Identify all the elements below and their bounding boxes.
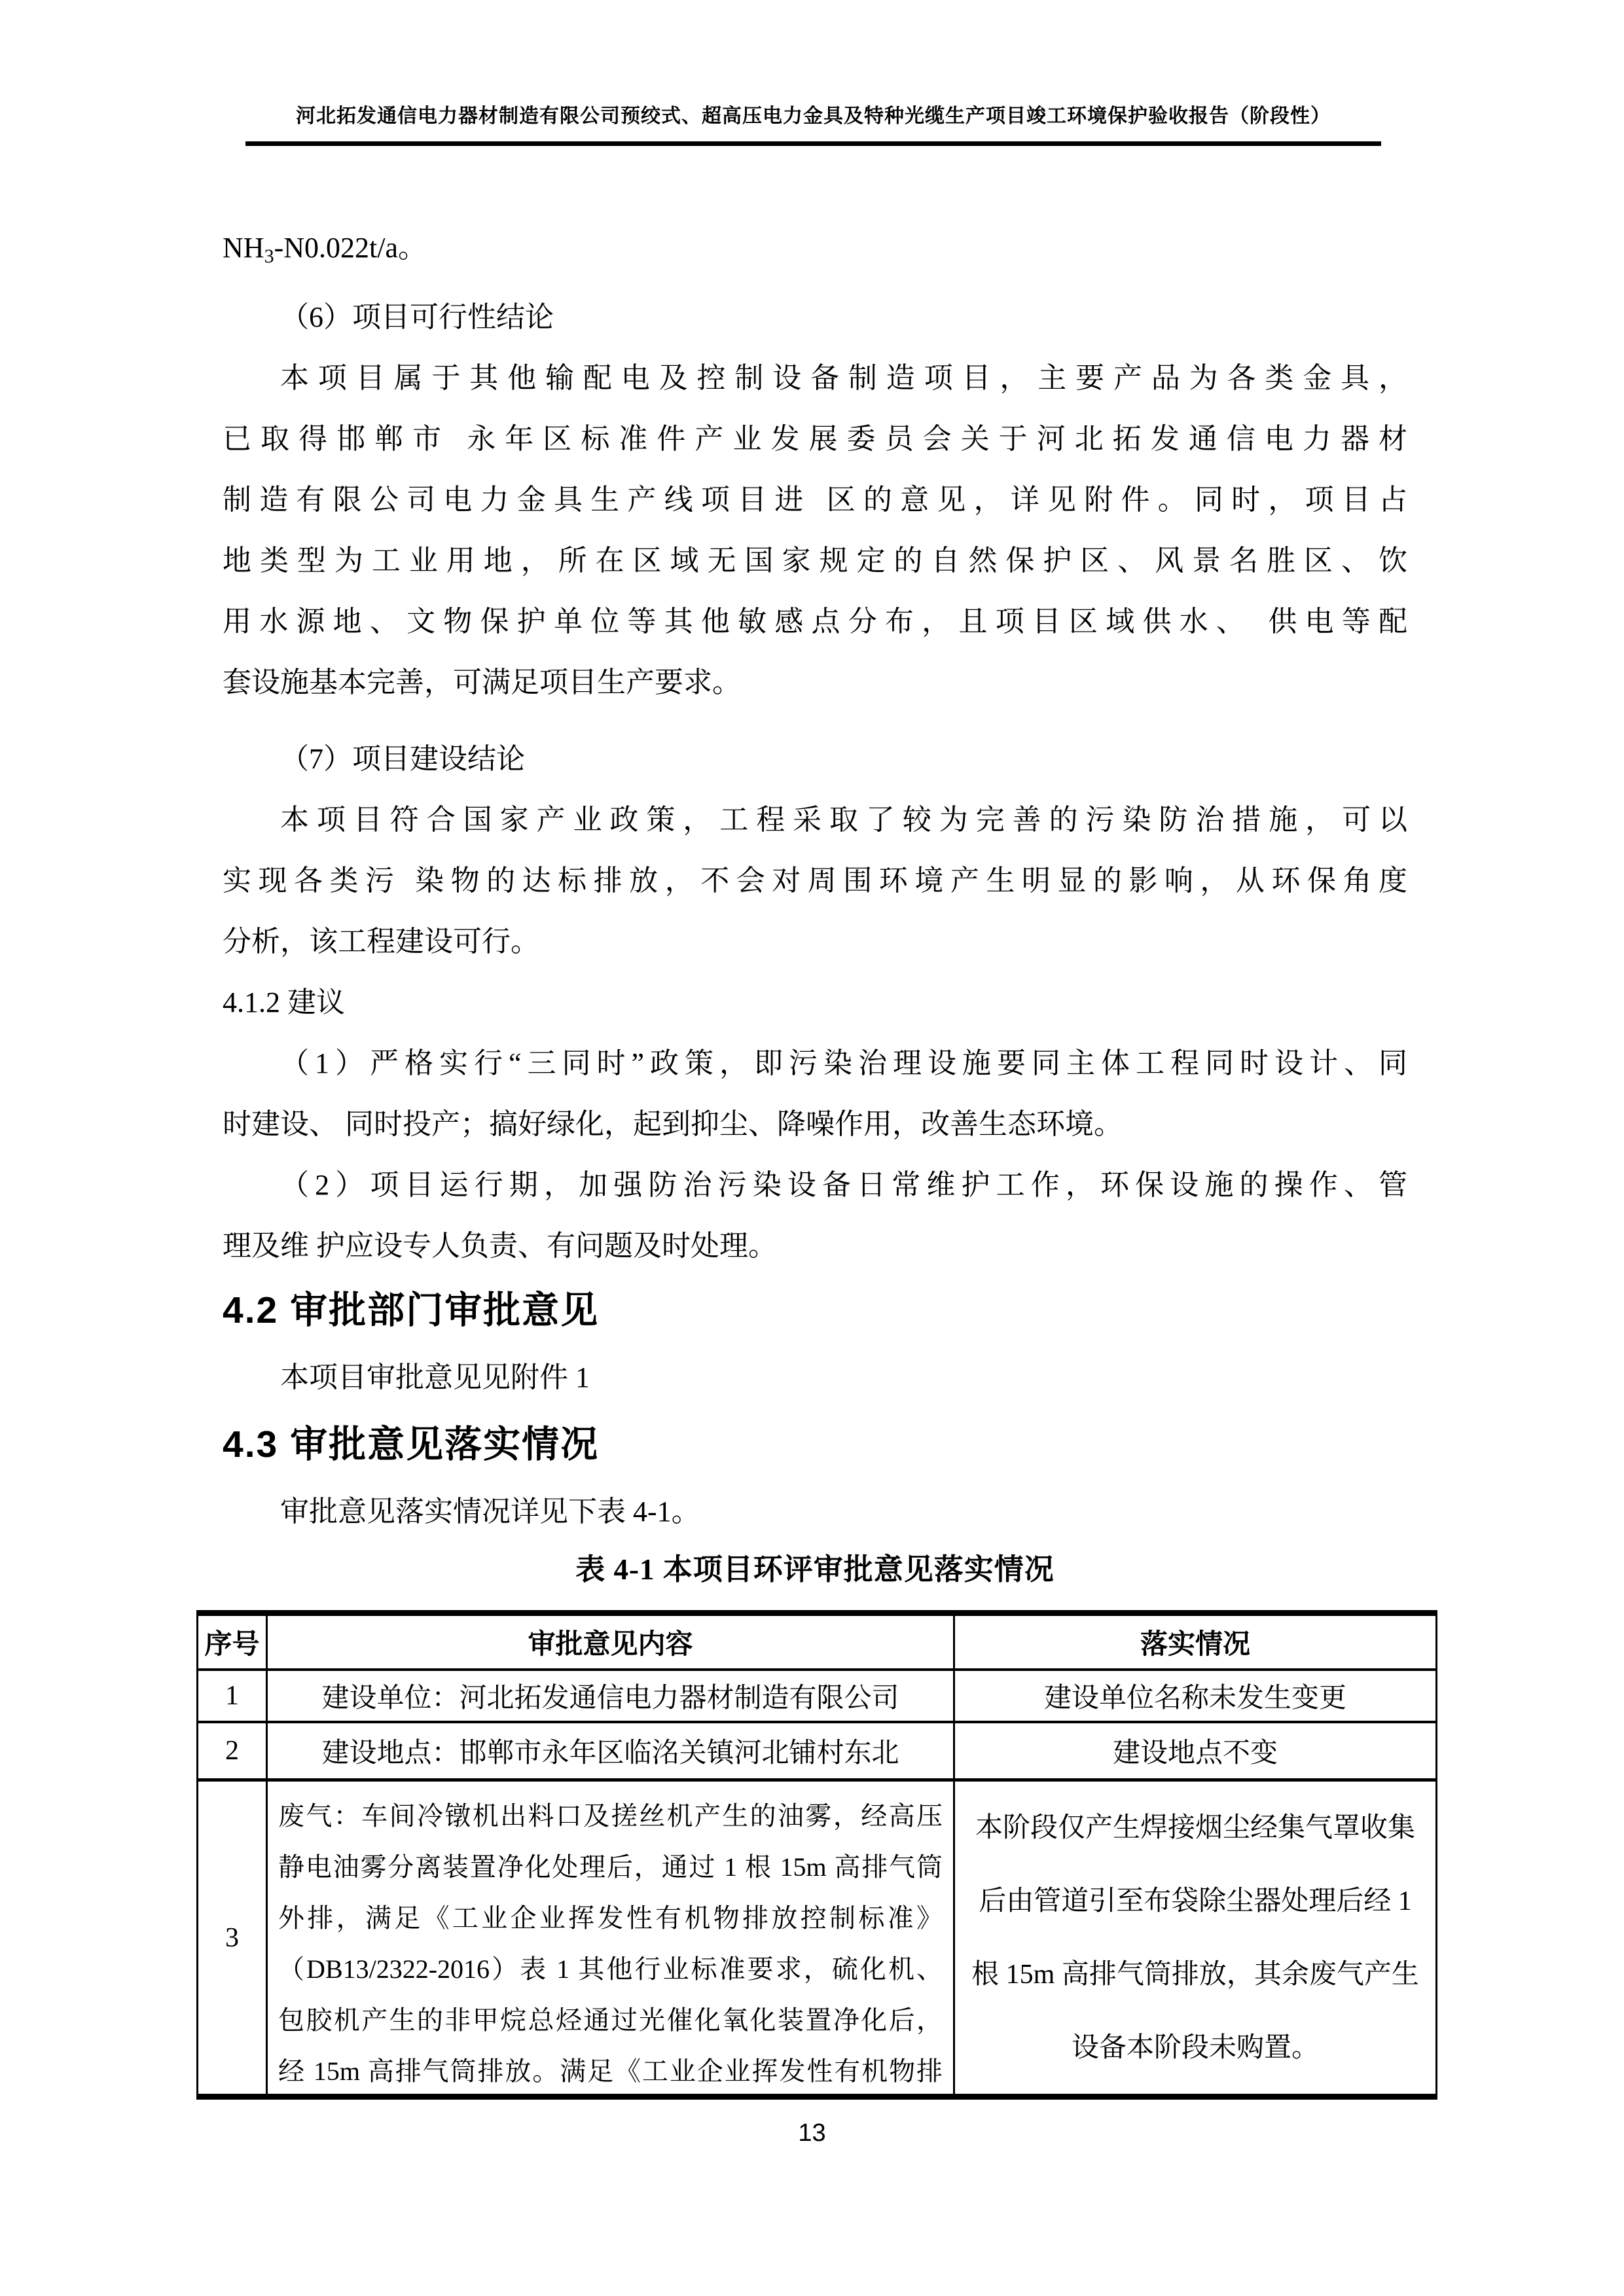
table-row: 3 废气：车间冷镦机出料口及搓丝机产生的油雾，经高压 静电油雾分离装置净化处理后… — [198, 1778, 1435, 2094]
advice2-line: （2）项目运行期，加强防治污染设备日常维护工作，环保设施的操作、管 — [223, 1155, 1407, 1215]
para7-line: 本项目符合国家产业政策，工程采取了较为完善的污染防治措施，可以 — [223, 789, 1407, 850]
section-4-1-2-heading: 4.1.2 建议 — [223, 972, 1407, 1033]
page-header-rule — [245, 141, 1381, 146]
advice2-line: 理及维 护应设专人负责、有问题及时处理。 — [223, 1215, 1407, 1276]
nh3-pre: NH — [223, 232, 264, 264]
nh3-subscript: 3 — [264, 245, 274, 267]
item7-heading: （7）项目建设结论 — [223, 728, 1407, 789]
row-status-line: 后由管道引至布袋除尘器处理后经 1 — [979, 1865, 1412, 1938]
row-status-line: 根 15m 高排气筒排放，其余废气产生 — [971, 1938, 1419, 2011]
row-content-line: 废气：车间冷镦机出料口及搓丝机产生的油雾，经高压 — [278, 1791, 943, 1842]
row-no: 1 — [198, 1671, 266, 1721]
section-4-3-body: 审批意见落实情况详见下表 4-1。 — [223, 1481, 1407, 1542]
para6-line: 制造有限公司电力金具生产线项目进 区的意见，详见附件。同时，项目占 — [223, 469, 1407, 530]
table-row: 1 建设单位：河北拓发通信电力器材制造有限公司 建设单位名称未发生变更 — [198, 1668, 1435, 1721]
item6-heading: （6）项目可行性结论 — [223, 287, 1407, 348]
row-content-line: 静电油雾分离装置净化处理后，通过 1 根 15m 高排气筒 — [278, 1842, 943, 1893]
para7-line: 实现各类污 染物的达标排放，不会对周围环境产生明显的影响，从环保角度 — [223, 850, 1407, 911]
section-4-3-heading: 4.3 审批意见落实情况 — [223, 1421, 1407, 1468]
advice1-line: （1）严格实行“三同时”政策，即污染治理设施要同主体工程同时设计、同 — [223, 1033, 1407, 1094]
row-status: 本阶段仅产生焊接烟尘经集气罩收集 后由管道引至布袋除尘器处理后经 1 根 15m… — [955, 1782, 1435, 2094]
para6-line: 套设施基本完善，可满足项目生产要求。 — [223, 652, 1407, 713]
table-header-content: 审批意见内容 — [266, 1616, 955, 1668]
document-body: NH3-N0.022t/a。 （6）项目可行性结论 本项目属于其他输配电及控制设… — [223, 217, 1407, 2100]
table-4-1-title: 表 4-1 本项目环评审批意见落实情况 — [223, 1549, 1407, 1590]
row-content: 建设单位：河北拓发通信电力器材制造有限公司 — [266, 1671, 955, 1721]
para7-line: 分析，该工程建设可行。 — [223, 911, 1407, 972]
table-header-row: 序号 审批意见内容 落实情况 — [198, 1616, 1435, 1668]
nh3-post: -N0.022t/a。 — [274, 232, 427, 264]
section-4-2-body: 本项目审批意见见附件 1 — [223, 1347, 1407, 1408]
section-4-2-heading: 4.2 审批部门审批意见 — [223, 1287, 1407, 1334]
para6-line: 地类型为工业用地，所在区域无国家规定的自然保护区、风景名胜区、饮 — [223, 530, 1407, 591]
row-content-line: 外排，满足《工业企业挥发性有机物排放控制标准》 — [278, 1893, 943, 1944]
row-content-line: 经 15m 高排气筒排放。满足《工业企业挥发性有机物排 — [278, 2046, 943, 2097]
row-content: 建设地点：邯郸市永年区临洺关镇河北铺村东北 — [266, 1723, 955, 1778]
row-content-line: （DB13/2322-2016）表 1 其他行业标准要求，硫化机、 — [278, 1944, 943, 1995]
page-header-title: 河北拓发通信电力器材制造有限公司预绞式、超高压电力金具及特种光缆生产项目竣工环境… — [245, 99, 1381, 128]
advice1-line: 时建设、 同时投产；搞好绿化，起到抑尘、降噪作用，改善生态环境。 — [223, 1094, 1407, 1155]
row-status: 建设单位名称未发生变更 — [955, 1671, 1435, 1721]
table-header-status: 落实情况 — [955, 1616, 1435, 1668]
row-status-line: 本阶段仅产生焊接烟尘经集气罩收集 — [975, 1791, 1415, 1865]
table-4-1: 序号 审批意见内容 落实情况 1 建设单位：河北拓发通信电力器材制造有限公司 建… — [196, 1610, 1437, 2100]
paragraph-nh3: NH3-N0.022t/a。 — [223, 217, 1407, 287]
para6-line: 已取得邯郸市 永年区标准件产业发展委员会关于河北拓发通信电力器材 — [223, 408, 1407, 469]
table-header-no: 序号 — [198, 1616, 266, 1668]
table-row: 2 建设地点：邯郸市永年区临洺关镇河北铺村东北 建设地点不变 — [198, 1721, 1435, 1778]
page-number: 13 — [0, 2119, 1624, 2147]
row-status: 建设地点不变 — [955, 1723, 1435, 1778]
row-no: 3 — [198, 1782, 266, 2094]
para6-line: 用水源地、文物保护单位等其他敏感点分布，且项目区域供水、 供电等配 — [223, 591, 1407, 652]
row-content: 废气：车间冷镦机出料口及搓丝机产生的油雾，经高压 静电油雾分离装置净化处理后，通… — [266, 1782, 955, 2094]
row-no: 2 — [198, 1723, 266, 1778]
row-content-line: 包胶机产生的非甲烷总烃通过光催化氧化装置净化后， — [278, 1995, 943, 2046]
row-status-line: 设备本阶段未购置。 — [1072, 2011, 1319, 2085]
para6-line: 本项目属于其他输配电及控制设备制造项目，主要产品为各类金具， — [223, 348, 1407, 408]
